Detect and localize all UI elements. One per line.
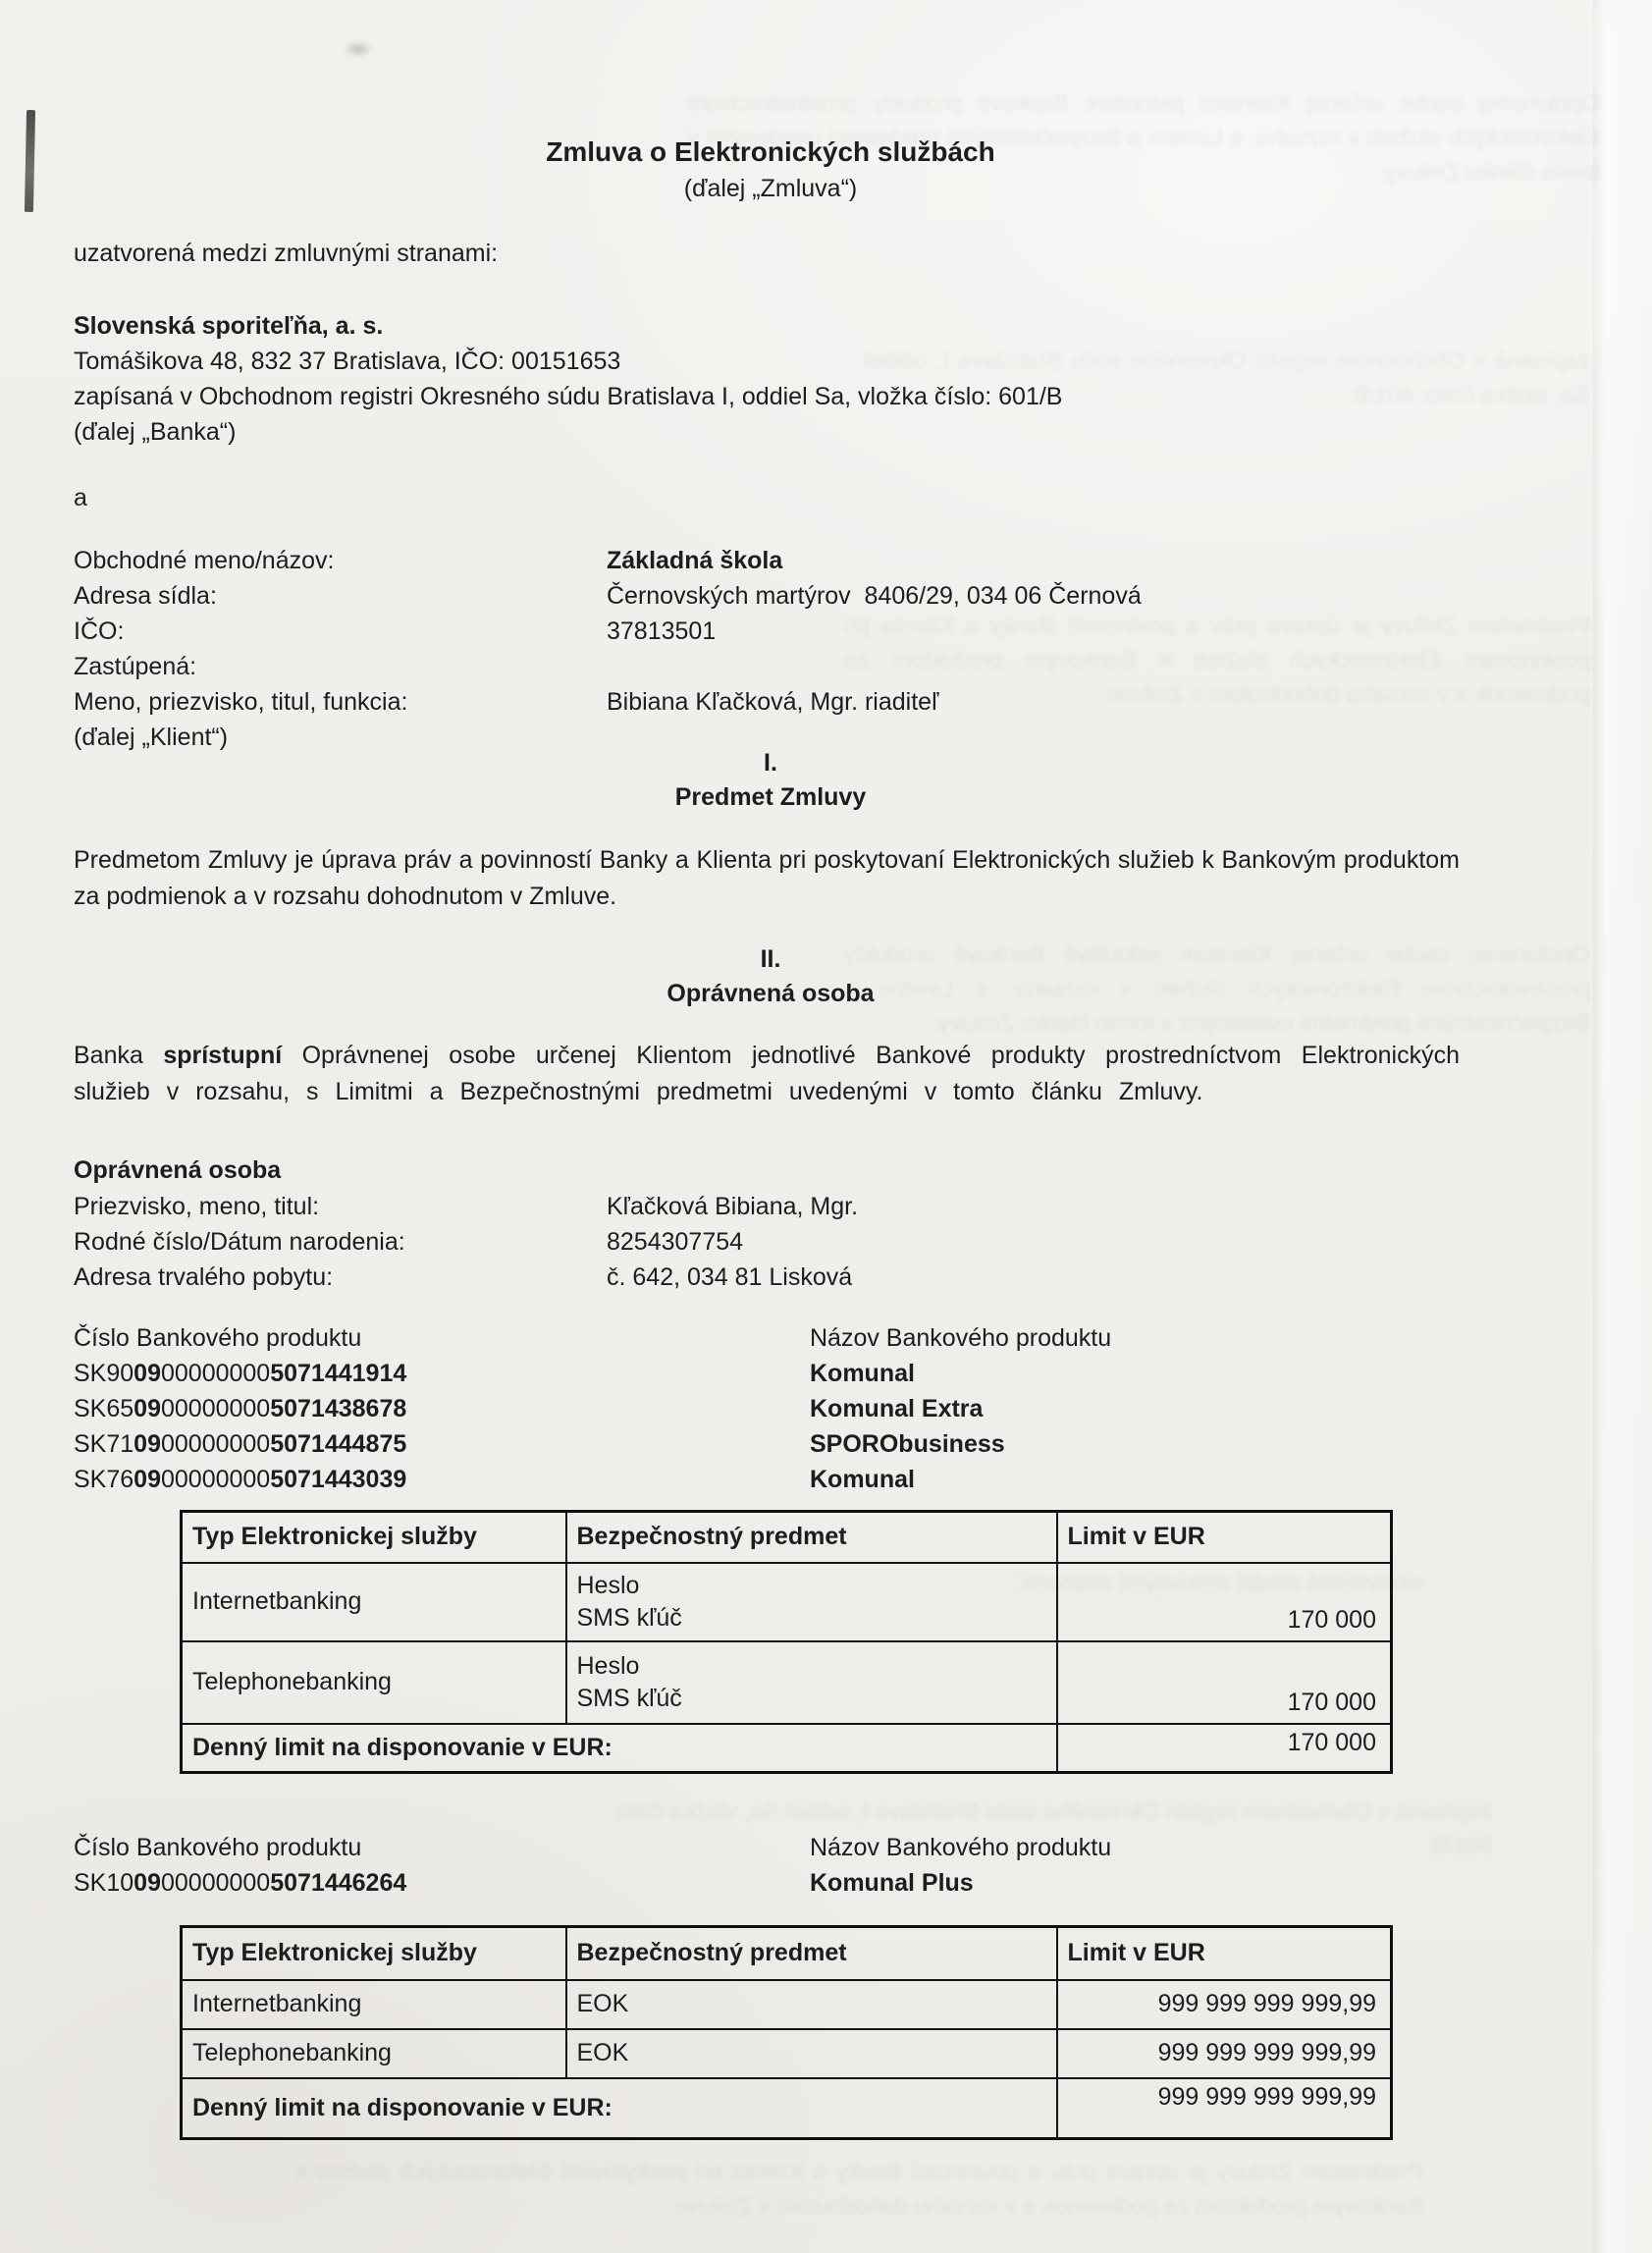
client-row-value: Bibiana Kľačková, Mgr. riaditeľ	[607, 687, 938, 717]
limit-cell: 170 000	[1057, 1641, 1392, 1724]
limit-cell: 999 999 999 999,99	[1057, 2029, 1392, 2078]
authorized-person-value: č. 642, 034 81 Lisková	[607, 1262, 852, 1292]
limits-table-komunal-plus: Typ Elektronickej služby Bezpečnostný pr…	[180, 1925, 1393, 2140]
bank-registry: zapísaná v Obchodnom registri Okresného …	[74, 382, 1062, 411]
limit-cell: 170 000	[1057, 1563, 1392, 1641]
product-name: Komunal Plus	[810, 1868, 974, 1898]
document-title: Zmluva o Elektronických službách	[74, 137, 1467, 167]
header-limit-eur: Limit v EUR	[1057, 1927, 1392, 1980]
product-iban: SK1009000000005071446264	[74, 1868, 406, 1898]
client-row-value: 37813501	[607, 617, 716, 646]
bank-address: Tomášikova 48, 832 37 Bratislava, IČO: 0…	[74, 347, 620, 376]
product-name-header: Názov Bankového produktu	[810, 1833, 1111, 1862]
bank-name: Slovenská sporiteľňa, a. s.	[74, 311, 383, 341]
table-row: Internetbanking HesloSMS kľúč 170 000	[182, 1563, 1392, 1641]
scan-smudge	[344, 41, 373, 57]
header-service-type: Typ Elektronickej služby	[182, 1927, 566, 1980]
article2-body-pre: Banka	[74, 1042, 163, 1069]
header-security-item: Bezpečnostný predmet	[566, 1512, 1057, 1563]
service-cell: Telephonebanking	[182, 1641, 566, 1724]
product-name: Komunal	[810, 1359, 915, 1388]
intro-line: uzatvorená medzi zmluvnými stranami:	[74, 239, 498, 268]
header-limit-eur: Limit v EUR	[1057, 1512, 1392, 1563]
article2-body-bold: sprístupní	[163, 1042, 282, 1069]
article1-title: Predmet Zmluvy	[74, 782, 1467, 812]
header-service-type: Typ Elektronickej služby	[182, 1512, 566, 1563]
authorized-person-value: Kľačková Bibiana, Mgr.	[607, 1192, 858, 1221]
article2-body-post: Oprávnenej osobe určenej Klientom jednot…	[74, 1042, 1460, 1105]
security-cell: HesloSMS kľúč	[566, 1641, 1057, 1724]
table-row: Telephonebanking HesloSMS kľúč 170 000	[182, 1641, 1392, 1724]
client-row-label: Adresa sídla:	[74, 581, 217, 611]
daily-limit-label: Denný limit na disponovanie v EUR:	[182, 2078, 1057, 2139]
client-row-label: Zastúpená:	[74, 652, 196, 681]
authorized-person-label: Adresa trvalého pobytu:	[74, 1262, 333, 1292]
article1-number: I.	[74, 748, 1467, 778]
daily-limit-value: 170 000	[1057, 1724, 1392, 1773]
product-name: SPORObusiness	[810, 1429, 1005, 1459]
service-cell: Telephonebanking	[182, 2029, 566, 2078]
security-cell: EOK	[566, 1980, 1057, 2029]
daily-limit-value: 999 999 999 999,99	[1057, 2078, 1392, 2139]
product-iban: SK6509000000005071438678	[74, 1394, 406, 1423]
header-security-item: Bezpečnostný predmet	[566, 1927, 1057, 1980]
security-cell: HesloSMS kľúč	[566, 1563, 1057, 1641]
table-row: Internetbanking EOK 999 999 999 999,99	[182, 1980, 1392, 2029]
table-header-row: Typ Elektronickej služby Bezpečnostný pr…	[182, 1512, 1392, 1563]
article2-title: Oprávnená osoba	[74, 979, 1467, 1008]
pen-mark	[25, 110, 35, 212]
product-iban: SK9009000000005071441914	[74, 1359, 406, 1388]
page-edge-fold	[1593, 0, 1652, 2253]
service-cell: Internetbanking	[182, 1563, 566, 1641]
client-row-value: Základná škola	[607, 546, 782, 575]
article2-body: Banka sprístupní Oprávnenej osobe určene…	[74, 1038, 1460, 1110]
bleed-through-text: Predmetom Zmluvy je úprava práv a povinn…	[294, 2155, 1423, 2224]
article2-number: II.	[74, 944, 1467, 974]
security-cell: EOK	[566, 2029, 1057, 2078]
table-row: Telephonebanking EOK 999 999 999 999,99	[182, 2029, 1392, 2078]
product-iban: SK7109000000005071444875	[74, 1429, 406, 1459]
product-number-header: Číslo Bankového produktu	[74, 1323, 361, 1353]
daily-limit-label: Denný limit na disponovanie v EUR:	[182, 1724, 1057, 1773]
service-cell: Internetbanking	[182, 1980, 566, 2029]
authorized-person-heading: Oprávnená osoba	[74, 1155, 281, 1185]
authorized-person-label: Priezvisko, meno, titul:	[74, 1192, 319, 1221]
product-number-header: Číslo Bankového produktu	[74, 1833, 361, 1862]
product-iban: SK7609000000005071443039	[74, 1465, 406, 1494]
authorized-person-label: Rodné číslo/Dátum narodenia:	[74, 1227, 405, 1257]
conjunction-a: a	[74, 483, 87, 512]
client-row-label: IČO:	[74, 617, 124, 646]
document-subtitle: (ďalej „Zmluva“)	[74, 174, 1467, 203]
client-row-label: Obchodné meno/názov:	[74, 546, 334, 575]
client-row-value: Černovských martýrov 8406/29, 034 06 Čer…	[607, 581, 1142, 611]
limit-cell: 999 999 999 999,99	[1057, 1980, 1392, 2029]
product-name-header: Názov Bankového produktu	[810, 1323, 1111, 1353]
client-row-label: Meno, priezvisko, titul, funkcia:	[74, 687, 407, 717]
bleed-through-text: Predmetom Zmluvy je úprava práv a povinn…	[844, 609, 1590, 712]
scanned-contract-page: Oprávnenej osobe určenej Klientom jednot…	[0, 0, 1652, 2253]
product-name: Komunal	[810, 1465, 915, 1494]
table-footer-row: Denný limit na disponovanie v EUR: 170 0…	[182, 1724, 1392, 1773]
bank-alias: (ďalej „Banka“)	[74, 417, 236, 447]
table-footer-row: Denný limit na disponovanie v EUR: 999 9…	[182, 2078, 1392, 2139]
article1-body: Predmetom Zmluvy je úprava práv a povinn…	[74, 842, 1460, 915]
table-header-row: Typ Elektronickej služby Bezpečnostný pr…	[182, 1927, 1392, 1980]
authorized-person-value: 8254307754	[607, 1227, 743, 1257]
product-name: Komunal Extra	[810, 1394, 983, 1423]
limits-table-komunal: Typ Elektronickej služby Bezpečnostný pr…	[180, 1510, 1393, 1774]
